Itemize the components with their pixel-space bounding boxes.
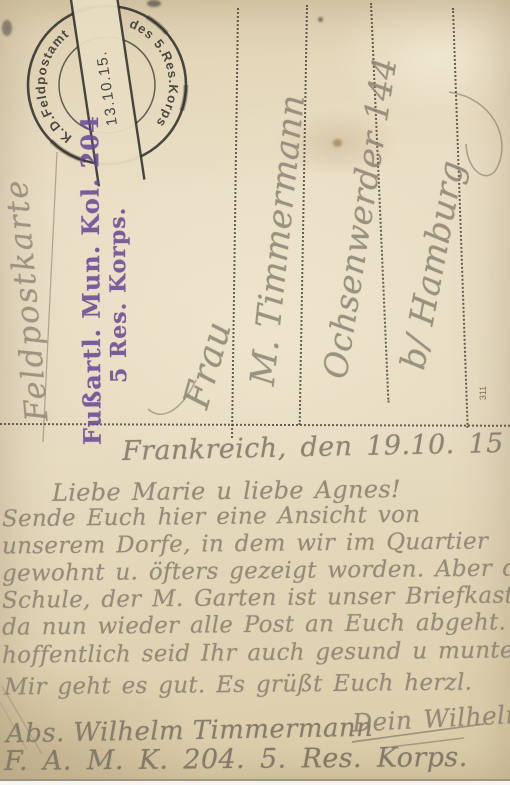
ink-fleck [147, 0, 161, 7]
ink-fleck-2 [2, 20, 12, 36]
message-line-3: unserem Dorfe, in dem wir im Quartier [2, 528, 488, 559]
paper-stain [333, 139, 342, 147]
sender-line-2: F. A. M. K. 204. 5. Res. Korps. [4, 742, 468, 777]
message-line-7: hoffentlich seid Ihr auch gesund u munte… [2, 637, 510, 669]
feldpost-postcard-back: K.D.Feldpostamt des 5.Res.Korps 13.10.15… [0, 0, 510, 785]
message-line-2: Sende Euch hier eine Ansicht von [2, 502, 421, 532]
paper-stain-small [318, 17, 323, 22]
message-line-4: gewohnt u. öfters gezeigt worden. Aber d… [2, 555, 510, 587]
message-line-6: da nun wieder alle Post an Euch abgeht. [2, 609, 506, 640]
unit-stamp-line1: Fußartl. Mun. Kol. 204 [75, 145, 107, 445]
scan-edge-white [0, 781, 510, 785]
message-line-8: Mir geht es gut. Es grüßt Euch herzl. [4, 670, 473, 701]
unit-stamp-line2: 5 Res. Korps. [104, 145, 133, 445]
